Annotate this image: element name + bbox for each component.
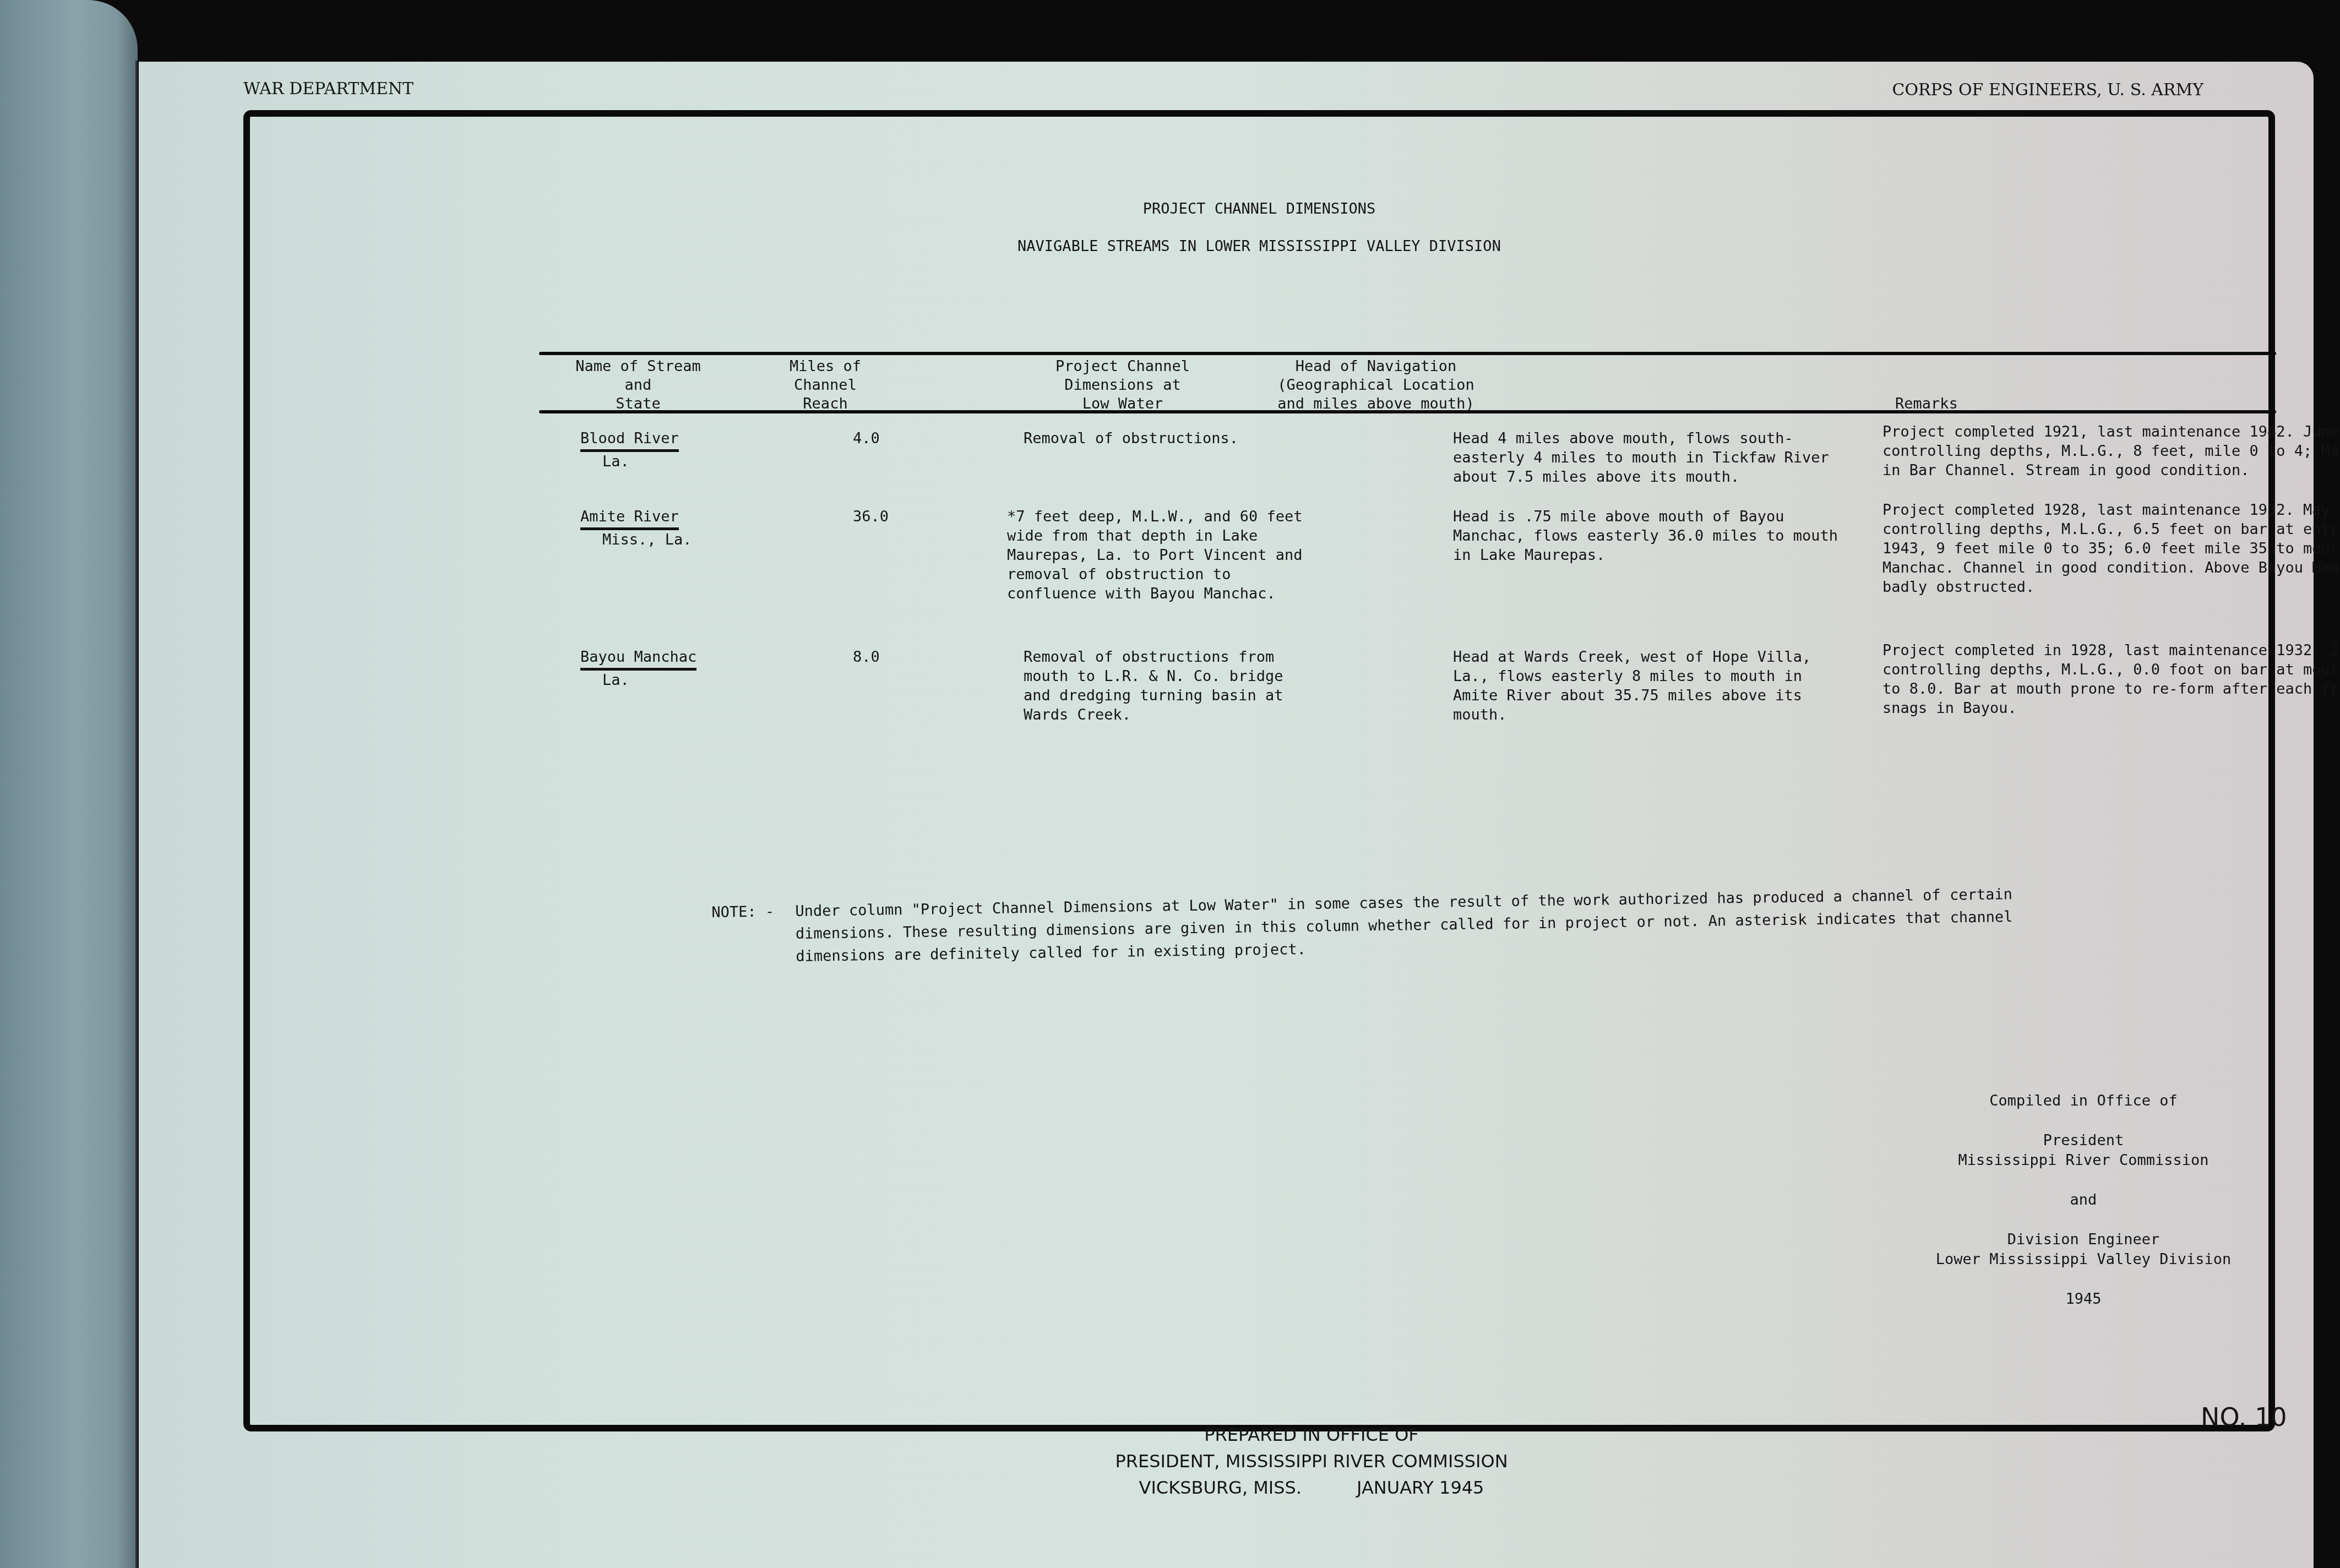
compiled-line: Lower Mississippi Valley Division	[1907, 1250, 2260, 1270]
table-header: Name of StreamandState Miles ofChannelRe…	[539, 355, 2276, 410]
prepared-by-footer: PREPARED IN OFFICE OF PRESIDENT, MISSISS…	[1064, 1422, 1559, 1501]
note-text: Under column "Project Channel Dimensions…	[795, 883, 2033, 967]
miles-cell: 4.0	[853, 429, 919, 448]
department-header: WAR DEPARTMENT	[243, 79, 413, 99]
document-subtitle: NAVIGABLE STREAMS IN LOWER MISSISSIPPI V…	[250, 238, 2268, 255]
compiled-year: 1945	[1907, 1289, 2260, 1309]
stream-cell: Blood River La.	[580, 429, 745, 471]
stream-name: Blood River	[580, 429, 679, 452]
stream-state: La.	[580, 452, 745, 471]
remarks-cell: Project completed 1921, last maintenance…	[1882, 422, 2340, 480]
head-of-navigation-cell: Head is .75 mile above mouth of Bayou Ma…	[1453, 507, 1838, 565]
miles-cell: 36.0	[853, 507, 919, 526]
sheet-number: NO. 10	[2201, 1402, 2287, 1432]
remarks-cell: Project completed in 1928, last maintena…	[1882, 641, 2340, 718]
corps-header: CORPS OF ENGINEERS, U. S. ARMY	[1892, 80, 2203, 100]
compiled-by-block: Compiled in Office of President Mississi…	[1907, 1091, 2260, 1309]
column-header-remarks: Remarks	[1833, 395, 2020, 413]
compiled-line: Division Engineer	[1907, 1230, 2260, 1250]
column-header-dimensions: Project ChannelDimensions atLow Water	[1024, 357, 1222, 413]
column-header-head: Head of Navigation(Geographical Location…	[1249, 357, 1503, 413]
compiled-line: Mississippi River Commission	[1907, 1151, 2260, 1170]
column-header-miles: Miles ofChannelReach	[770, 357, 880, 413]
dimensions-cell: Removal of obstructions.	[1024, 429, 1310, 448]
compiled-line: Compiled in Office of	[1907, 1091, 2260, 1111]
footer-line: PRESIDENT, MISSISSIPPI RIVER COMMISSION	[1064, 1448, 1559, 1474]
stream-cell: Amite River Miss., La.	[580, 507, 745, 549]
footer-date: JANUARY 1945	[1357, 1477, 1484, 1498]
footnote: NOTE: - Under column "Project Channel Di…	[711, 883, 2033, 968]
stream-name: Amite River	[580, 507, 679, 530]
remarks-cell: Project completed 1928, last maintenance…	[1882, 500, 2340, 597]
compiled-line: President	[1907, 1131, 2260, 1151]
dimensions-cell: *7 feet deep, M.L.W., and 60 feet wide f…	[1007, 507, 1304, 603]
document-sheet: WAR DEPARTMENT CORPS OF ENGINEERS, U. S.…	[139, 62, 2314, 1568]
channel-dimensions-table: Name of StreamandState Miles ofChannelRe…	[539, 352, 2276, 413]
head-of-navigation-cell: Head 4 miles above mouth, flows south-ea…	[1453, 429, 1838, 487]
page-frame: PROJECT CHANNEL DIMENSIONS NAVIGABLE STR…	[243, 110, 2275, 1431]
dimensions-cell: Removal of obstructions from mouth to L.…	[1024, 647, 1310, 725]
previous-page-edge	[0, 0, 138, 1568]
miles-cell: 8.0	[853, 647, 919, 667]
stream-name: Bayou Manchac	[580, 647, 696, 671]
column-header-stream: Name of StreamandState	[556, 357, 721, 413]
stream-cell: Bayou Manchac La.	[580, 647, 745, 690]
stream-state: La.	[580, 671, 745, 690]
note-label: NOTE: -	[711, 900, 774, 924]
stream-state: Miss., La.	[580, 530, 745, 549]
footer-location: VICKSBURG, MISS.	[1139, 1474, 1302, 1501]
compiled-line: and	[1907, 1190, 2260, 1210]
footer-line: PREPARED IN OFFICE OF	[1064, 1422, 1559, 1448]
document-title: PROJECT CHANNEL DIMENSIONS	[250, 200, 2268, 217]
head-of-navigation-cell: Head at Wards Creek, west of Hope Villa,…	[1453, 647, 1838, 725]
